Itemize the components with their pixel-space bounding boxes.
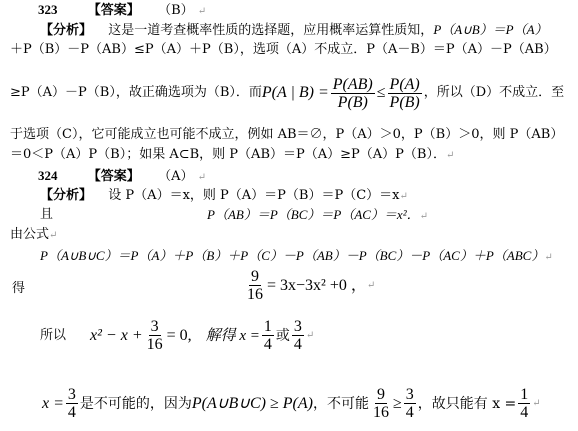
fraction: P(AB)P(B) [331,76,375,111]
q323-analysis-line1: 【分析】 这是一道考查概率性质的选择题，应用概率运算性质知，P（A∪B）＝P（A… [40,22,548,39]
fraction: 34 [66,386,78,421]
q323-analysis-line4: 于选项（C），它可能成立也可能不成立，例如 AB＝∅，P（A）＞0，P（B）＞0… [10,127,563,143]
fraction: 916 [245,268,265,303]
fraction: 316 [145,318,165,353]
q324-line3: 由公式↵ [10,227,57,244]
q324-equation1: 916 = 3x−3x² +0 ， ↵ [243,268,375,303]
text: ≥P（A）－P（B），故正确选项为（B）．而 [10,85,262,101]
q324-header: 324 【答案】 （A） ↵ [38,168,206,186]
text: 设 P（A）＝x，则 P（A）＝P（B）＝P（C）＝x [108,188,399,203]
answer-value: （B） [158,3,194,18]
fraction: 34 [292,318,304,353]
text: ，所以（D）不成立．至 [424,85,564,101]
paragraph-mark: ↵ [198,6,206,17]
analysis-text: 这是一道考查概率性质的选择题，应用概率运算性质知， [108,23,433,38]
answer-value: （A） [158,169,193,184]
formula: P（A∪B）＝P（A） [433,22,547,37]
fraction: 916 [371,386,391,421]
fraction: P(A)P(B) [388,76,422,111]
q324-line2-pre: 且 [40,207,53,223]
q323-analysis-line2: ＋P（B）－P（AB）≤P（A）＋P（B），选项（A）不成立．P（A－B）＝P（… [10,42,557,58]
q323-header: 323 【答案】 （B） ↵ [38,2,206,20]
q324-equation2: 所以 x² − x + 316 = 0, 解得 x = 14 或 34 ↵ [40,318,314,353]
q323-analysis-line5: ＝0＜P（A）P（B）；如果 A⊂B，则 P（AB）＝P（A）≥P（A）P（B）… [10,147,454,164]
conditional-prob: P(A | B) = [262,85,329,101]
analysis-tag: 【分析】 [40,188,92,203]
q324-analysis-line1: 【分析】 设 P（A）＝x，则 P（A）＝P（B）＝P（C）＝x↵ [40,188,408,205]
fraction: 14 [262,318,274,353]
q324-de-label: 得 [12,281,25,297]
fraction: 14 [518,386,530,421]
answer-tag: 【答案】 [88,169,140,184]
q324-conclusion: x = 34 是不可能的，因为 P(A∪B∪C) ≥ P(A) ，不可能 916… [42,386,541,421]
analysis-tag: 【分析】 [40,23,92,38]
leq-sign: ≤ [377,85,386,101]
fraction: 34 [404,386,416,421]
q324-formula: P（A∪B∪C）＝P（A）＋P（B）＋P（C）－P（AB）－P（BC）－P（AC… [40,248,553,266]
question-number: 324 [38,168,58,183]
q323-analysis-line3: ≥P（A）－P（B），故正确选项为（B）．而 P(A | B) = P(AB)P… [10,70,564,116]
question-number: 323 [38,2,58,17]
answer-tag: 【答案】 [88,3,140,18]
q324-line2-math: P（AB）＝P（BC）＝P（AC）＝x²．↵ [207,207,428,225]
